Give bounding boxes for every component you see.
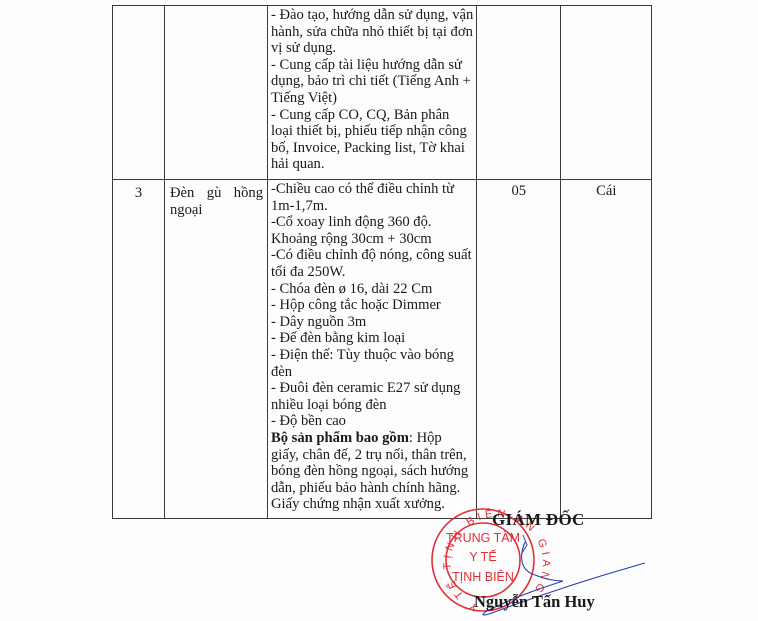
svg-text:TỊNH BIÊN: TỊNH BIÊN (452, 569, 514, 584)
row-index (113, 6, 165, 180)
description-line: - Đào tạo, hướng dẫn sử dụng, vận (271, 7, 473, 24)
equipment-spec-table: - Đào tạo, hướng dẫn sử dụng, vậnhành, s… (112, 5, 652, 519)
description-line: 1m-1,7m. (271, 198, 473, 215)
item-description: -Chiều cao có thể điều chỉnh từ1m-1,7m.-… (268, 180, 477, 519)
description-line: đèn (271, 364, 473, 381)
description-line: hành, sửa chữa nhỏ thiết bị tại đơn (271, 24, 473, 41)
item-description: - Đào tạo, hướng dẫn sử dụng, vậnhành, s… (268, 6, 477, 180)
name-word: gù (207, 185, 222, 202)
item-quantity: 05 (477, 180, 561, 519)
description-line: hải quan. (271, 156, 473, 173)
table-row: 3 Đèngùhồng ngoại -Chiều cao có thể điều… (113, 180, 652, 519)
description-line: giấy, chân đế, 2 trụ nối, thân trên, (271, 447, 473, 464)
item-unit (561, 6, 652, 180)
description-line: dẫn, phiếu bảo hành chính hãng. (271, 480, 473, 497)
description-line: -Cổ xoay linh động 360 độ. (271, 214, 473, 231)
description-line: - Hộp công tắc hoặc Dimmer (271, 297, 473, 314)
description-line: - Đế đèn bằng kim loại (271, 330, 473, 347)
description-line: vị sử dụng. (271, 40, 473, 57)
description-line: loại thiết bị, phiếu tiếp nhận công (271, 123, 473, 140)
description-line: dụng, bảo trì chi tiết (Tiếng Anh + (271, 73, 473, 90)
signatory-name: Nguyễn Tấn Huy (474, 592, 595, 612)
svg-text:Y TẾ: Y TẾ (469, 549, 496, 564)
item-quantity (477, 6, 561, 180)
item-name-line-1: Đèngùhồng (170, 185, 263, 202)
item-unit: Cái (561, 180, 652, 519)
description-line: bố, Invoice, Packing list, Tờ khai (271, 140, 473, 157)
item-name: Đèngùhồng ngoại (165, 180, 268, 519)
description-line: - Chóa đèn ø 16, dài 22 Cm (271, 281, 473, 298)
description-line: bóng đèn hồng ngoại, sách hướng (271, 463, 473, 480)
table-row: - Đào tạo, hướng dẫn sử dụng, vậnhành, s… (113, 6, 652, 180)
item-name-line-2: ngoại (170, 202, 263, 219)
description-line: - Dây nguồn 3m (271, 314, 473, 331)
svg-text:TRUNG TÂM: TRUNG TÂM (446, 530, 520, 545)
description-line: tối đa 250W. (271, 264, 473, 281)
description-line: - Cung cấp tài liệu hướng dẫn sử (271, 57, 473, 74)
description-line: - Đuôi đèn ceramic E27 sử dụng (271, 380, 473, 397)
description-line: - Cung cấp CO, CQ, Bản phân (271, 107, 473, 124)
description-line: -Chiều cao có thể điều chỉnh từ (271, 181, 473, 198)
description-line: - Điện thế: Tùy thuộc vào bóng (271, 347, 473, 364)
name-word: Đèn (170, 185, 194, 202)
document-page: - Đào tạo, hướng dẫn sử dụng, vậnhành, s… (0, 0, 758, 621)
description-line: Bộ sản phẩm bao gồm: Hộp (271, 430, 473, 447)
description-line: -Có điều chỉnh độ nóng, công suất (271, 247, 473, 264)
item-name (165, 6, 268, 180)
description-line: - Độ bền cao (271, 413, 473, 430)
description-line: Tiếng Việt) (271, 90, 473, 107)
signatory-title: GIÁM ĐỐC (492, 510, 585, 530)
description-line: Khoảng rộng 30cm + 30cm (271, 231, 473, 248)
row-index: 3 (113, 180, 165, 519)
name-word: hồng (234, 185, 263, 202)
description-line: nhiều loại bóng đèn (271, 397, 473, 414)
